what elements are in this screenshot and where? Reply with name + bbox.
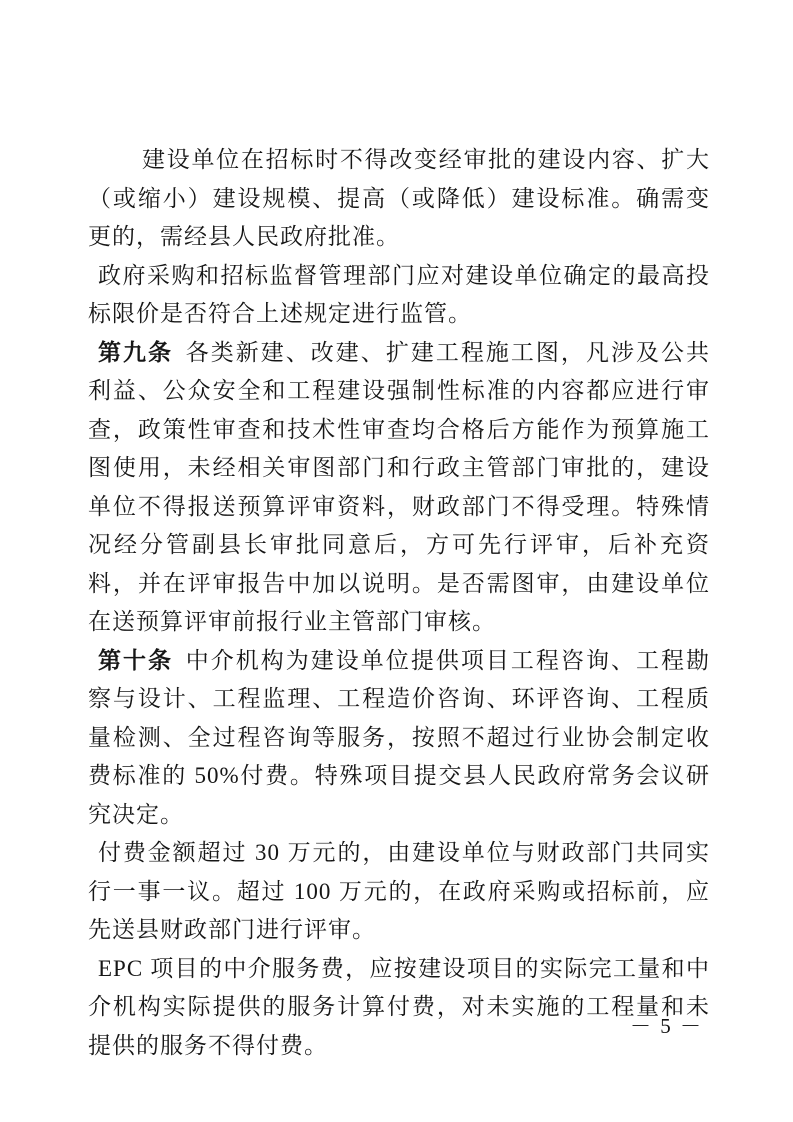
paragraph: 建设单位在招标时不得改变经审批的建设内容、扩大（或缩小）建设规模、提高（或降低）… — [88, 141, 710, 257]
article-number: 第九条 — [98, 340, 173, 365]
paragraph-text: 建设单位在招标时不得改变经审批的建设内容、扩大（或缩小）建设规模、提高（或降低）… — [88, 147, 710, 249]
document-page: 建设单位在招标时不得改变经审批的建设内容、扩大（或缩小）建设规模、提高（或降低）… — [0, 0, 793, 1122]
paragraph: 付费金额超过 30 万元的，由建设单位与财政部门共同实行一事一议。超过 100 … — [88, 834, 710, 950]
paragraph-text: 付费金额超过 30 万元的，由建设单位与财政部门共同实行一事一议。超过 100 … — [88, 840, 710, 942]
document-body: 建设单位在招标时不得改变经审批的建设内容、扩大（或缩小）建设规模、提高（或降低）… — [88, 141, 710, 1065]
paragraph-text: 中介机构为建设单位提供项目工程咨询、工程勘察与设计、工程监理、工程造价咨询、环评… — [88, 648, 710, 827]
paragraph-text: EPC 项目的中介服务费，应按建设项目的实际完工量和中介机构实际提供的服务计算付… — [88, 956, 710, 1058]
paragraph: 政府采购和招标监督管理部门应对建设单位确定的最高投标限价是否符合上述规定进行监管… — [88, 257, 710, 334]
paragraph: EPC 项目的中介服务费，应按建设项目的实际完工量和中介机构实际提供的服务计算付… — [88, 950, 710, 1066]
paragraph-text: 政府采购和招标监督管理部门应对建设单位确定的最高投标限价是否符合上述规定进行监管… — [88, 263, 710, 327]
article-number: 第十条 — [98, 648, 173, 673]
page-number: － 5 － — [630, 1011, 740, 1041]
paragraph: 第九条各类新建、改建、扩建工程施工图，凡涉及公共利益、公众安全和工程建设强制性标… — [88, 334, 710, 642]
paragraph: 第十条中介机构为建设单位提供项目工程咨询、工程勘察与设计、工程监理、工程造价咨询… — [88, 642, 710, 835]
paragraph-text: 各类新建、改建、扩建工程施工图，凡涉及公共利益、公众安全和工程建设强制性标准的内… — [88, 340, 710, 635]
